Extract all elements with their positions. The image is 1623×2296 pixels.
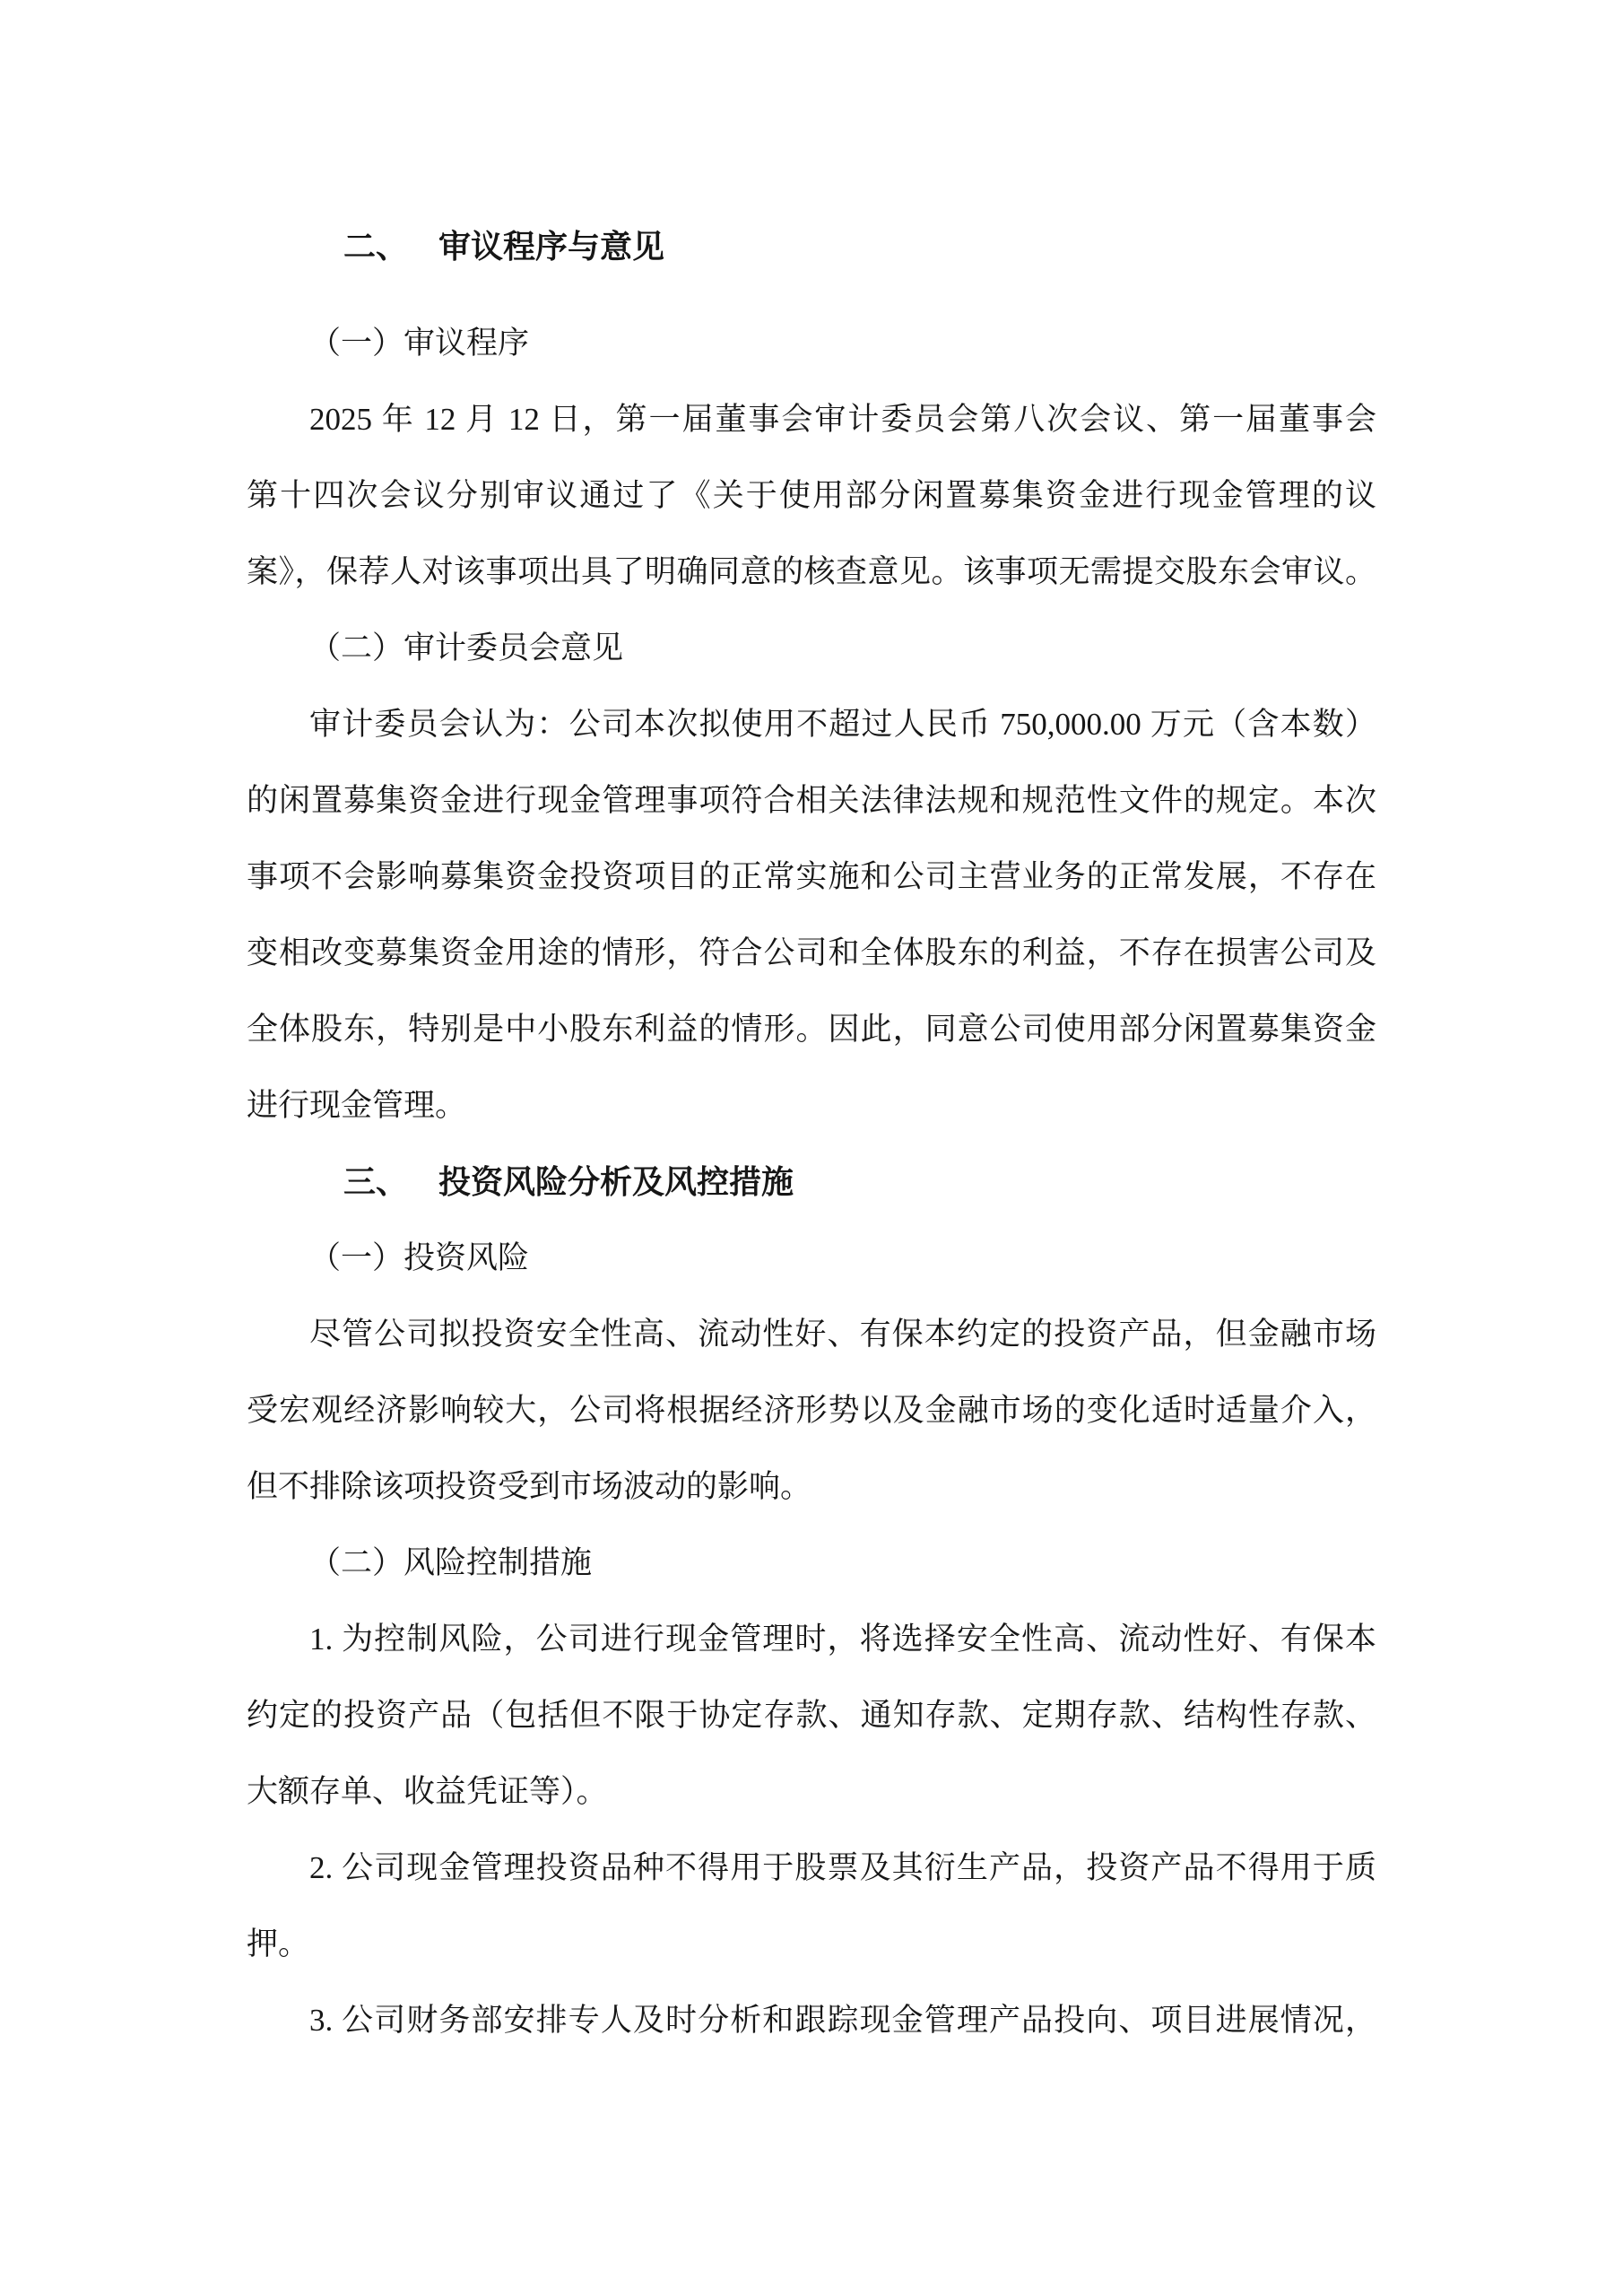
section-number: 二、	[343, 228, 408, 265]
body-line: 尽管公司拟投资安全性高、流动性好、有保本约定的投资产品，但金融市场	[247, 1296, 1376, 1372]
body-line: 但不排除该项投资受到市场波动的影响。	[247, 1448, 1376, 1525]
body-line: 押。	[247, 1906, 1376, 1982]
body-line: 案》，保荐人对该事项出具了明确同意的核查意见。该事项无需提交股东会审议。	[247, 534, 1376, 610]
body-line: 大额存单、收益凭证等）。	[247, 1753, 1376, 1830]
body-line: 全体股东，特别是中小股东利益的情形。因此，同意公司使用部分闲置募集资金	[247, 991, 1376, 1067]
document-page: 二、审议程序与意见 （一）审议程序 2025 年 12 月 12 日，第一届董事…	[0, 0, 1623, 2296]
body-line: 进行现金管理。	[247, 1067, 1376, 1144]
subsection-heading-audit-committee-opinion: （二）审计委员会意见	[247, 610, 1376, 686]
body-line: 第十四次会议分别审议通过了《关于使用部分闲置募集资金进行现金管理的议	[247, 457, 1376, 534]
body-line: 3. 公司财务部安排专人及时分析和跟踪现金管理产品投向、项目进展情况，	[247, 1982, 1376, 2058]
section-heading-2: 二、审议程序与意见	[247, 208, 1376, 284]
body-line: 变相改变募集资金用途的情形，符合公司和全体股东的利益，不存在损害公司及	[247, 915, 1376, 991]
section-title: 投资风险分析及风控措施	[438, 1163, 794, 1200]
body-line: 事项不会影响募集资金投资项目的正常实施和公司主营业务的正常发展，不存在	[247, 839, 1376, 915]
body-line: 2. 公司现金管理投资品种不得用于股票及其衍生产品，投资产品不得用于质	[247, 1830, 1376, 1906]
body-line: 约定的投资产品（包括但不限于协定存款、通知存款、定期存款、结构性存款、	[247, 1677, 1376, 1753]
subsection-heading-risk-control: （二）风险控制措施	[247, 1525, 1376, 1601]
section-number: 三、	[343, 1163, 408, 1200]
body-line: 受宏观经济影响较大，公司将根据经济形势以及金融市场的变化适时适量介入，	[247, 1372, 1376, 1448]
section-heading-3: 三、投资风险分析及风控措施	[247, 1144, 1376, 1220]
subsection-heading-investment-risk: （一）投资风险	[247, 1220, 1376, 1296]
subsection-heading-review-procedure: （一）审议程序	[247, 305, 1376, 381]
body-line: 1. 为控制风险，公司进行现金管理时，将选择安全性高、流动性好、有保本	[247, 1601, 1376, 1677]
body-line: 的闲置募集资金进行现金管理事项符合相关法律法规和规范性文件的规定。本次	[247, 762, 1376, 839]
body-line: 2025 年 12 月 12 日，第一届董事会审计委员会第八次会议、第一届董事会	[247, 381, 1376, 457]
body-line: 审计委员会认为：公司本次拟使用不超过人民币 750,000.00 万元（含本数）	[247, 686, 1376, 762]
section-title: 审议程序与意见	[438, 228, 664, 265]
